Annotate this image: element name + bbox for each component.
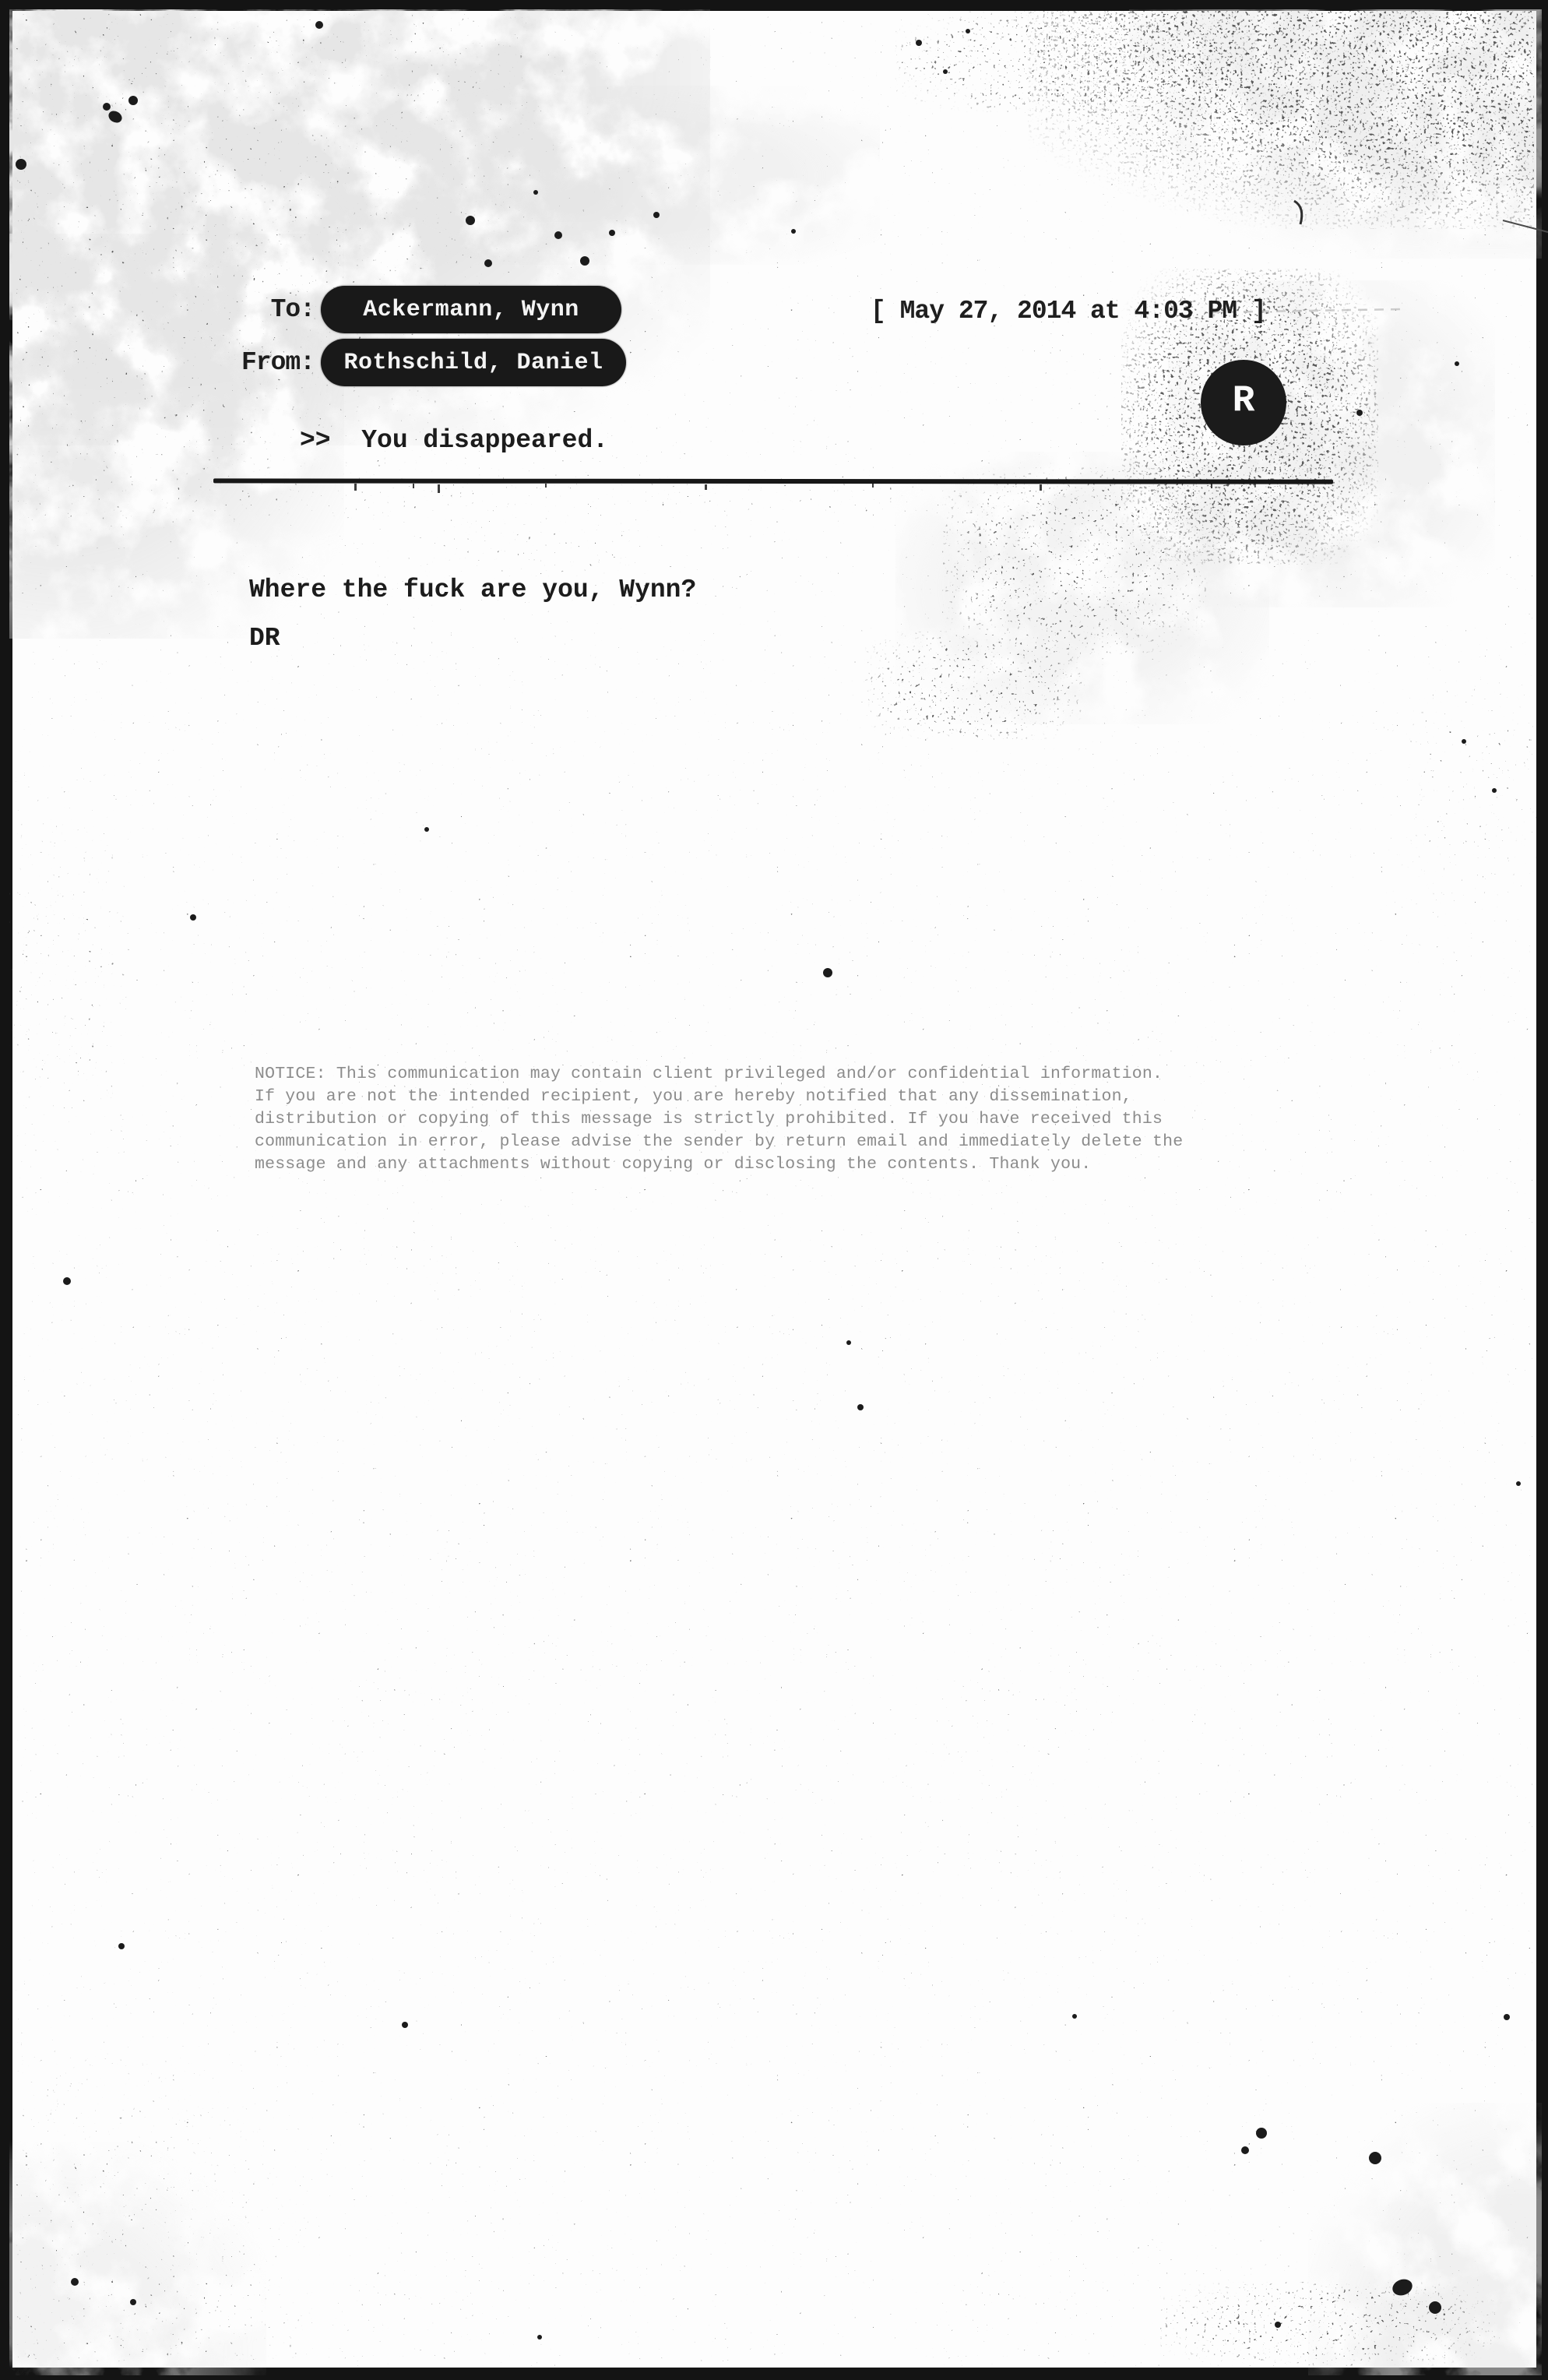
from-label: From: [234, 348, 315, 377]
badge-letter: R [1233, 380, 1255, 422]
notice-line: If you are not the intended recipient, y… [255, 1086, 1183, 1108]
header-divider-rule [213, 478, 1333, 484]
confidentiality-notice: NOTICE: This communication may contain c… [255, 1063, 1183, 1176]
timestamp: [ May 27, 2014 at 4:03 PM ] [871, 297, 1266, 326]
subject-line: >> You disappeared. [300, 426, 608, 455]
notice-line: distribution or copying of this message … [255, 1108, 1183, 1131]
email-content: To: Ackermann, Wynn From: Rothschild, Da… [0, 0, 1548, 2380]
recipient-chip[interactable]: Ackermann, Wynn [321, 286, 621, 333]
notice-line: communication in error, please advise th… [255, 1131, 1183, 1153]
sender-name: Rothschild, Daniel [343, 350, 603, 376]
sender-initial-badge[interactable]: R [1201, 360, 1286, 445]
recipient-name: Ackermann, Wynn [363, 297, 579, 323]
to-label: To: [234, 295, 315, 324]
signature: DR [249, 624, 280, 653]
to-row: To: Ackermann, Wynn [234, 286, 621, 333]
from-row: From: Rothschild, Daniel [234, 339, 626, 386]
scanned-email-page: To: Ackermann, Wynn From: Rothschild, Da… [0, 0, 1548, 2380]
notice-line: NOTICE: This communication may contain c… [255, 1063, 1183, 1086]
sender-chip[interactable]: Rothschild, Daniel [321, 339, 626, 386]
message-body: Where the fuck are you, Wynn? [249, 576, 696, 604]
notice-line: message and any attachments without copy… [255, 1153, 1183, 1176]
